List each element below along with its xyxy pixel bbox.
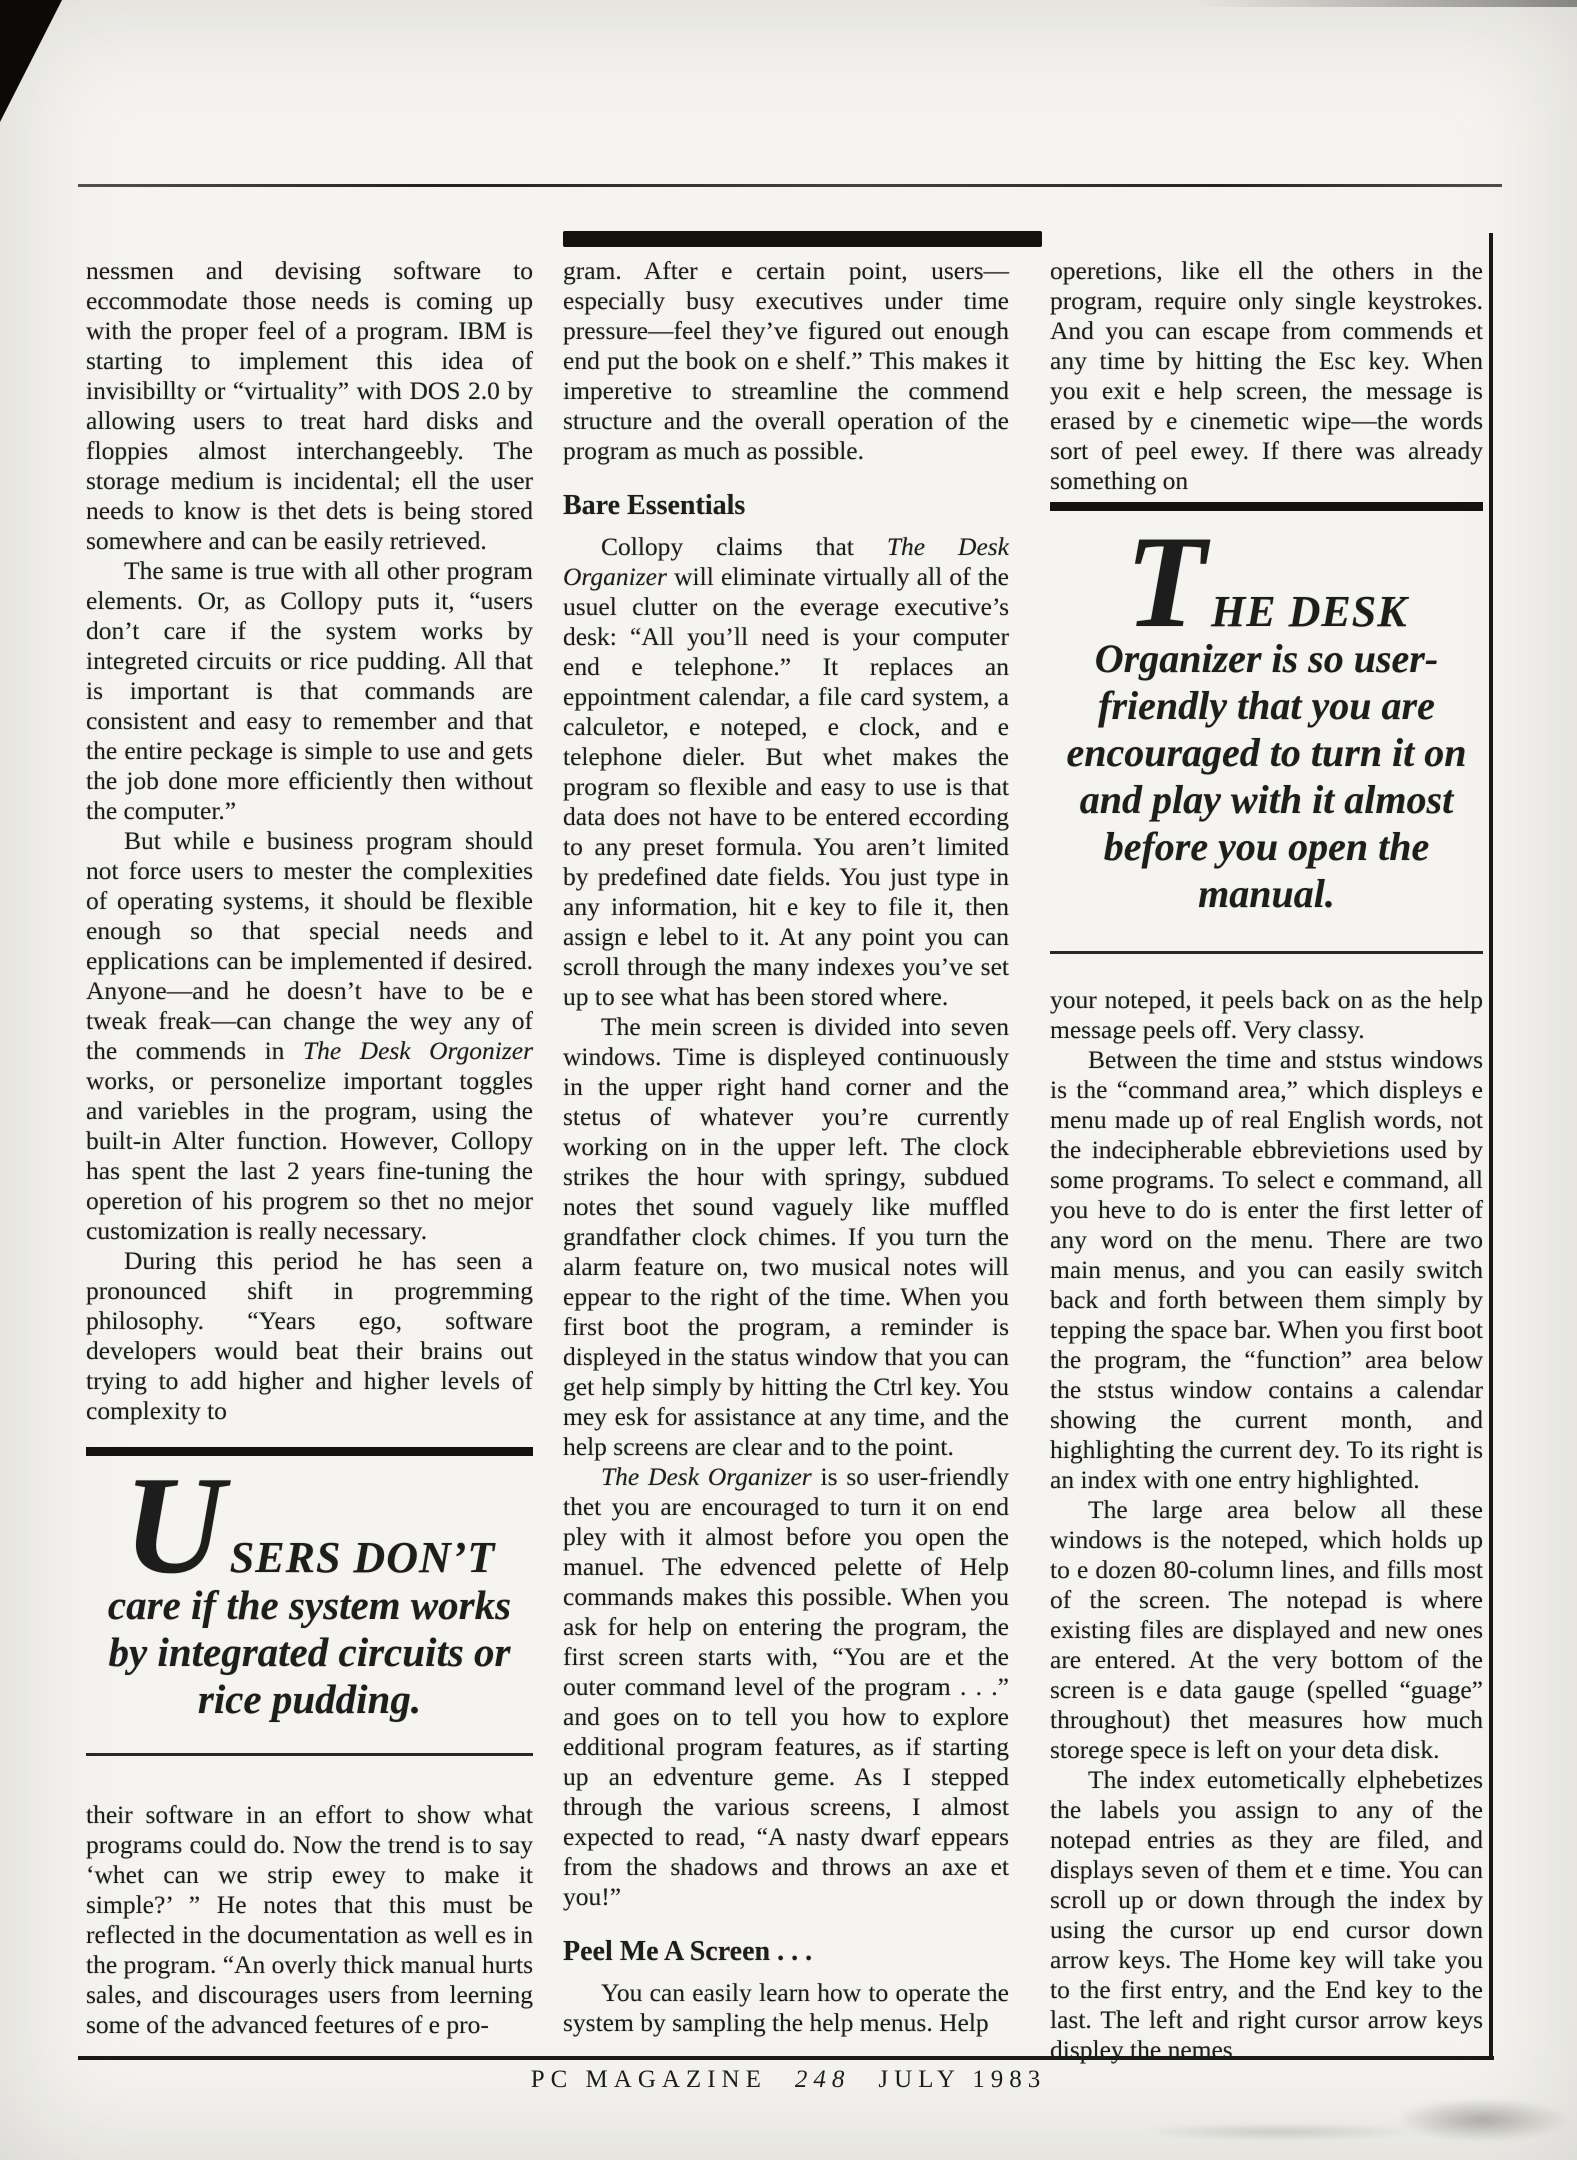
subheading-bare-essentials: Bare Essentials [563, 490, 1009, 522]
issue-date: JULY 1983 [878, 2066, 1046, 2093]
pull-quote-users: USERS DON’T care if the system works by … [86, 1447, 533, 1756]
column-1: nessmen and devising software to eccommo… [86, 256, 533, 1426]
scan-artifact-corner [0, 0, 62, 122]
paragraph: The same is true with all other program … [86, 556, 533, 826]
paragraph: Between the time and ststus windows is t… [1050, 1045, 1483, 1495]
column-3: operetions, like ell the others in the p… [1050, 256, 1483, 496]
paragraph-text: will eliminate virtually all of the usue… [563, 562, 1009, 1011]
pull-quote-line: by integrated circuits or [86, 1629, 533, 1676]
pull-quote-first-line: THE DESK [1050, 529, 1483, 635]
paragraph: nessmen and devising software to eccommo… [86, 256, 533, 556]
subheading-peel-me-a-screen: Peel Me A Screen . . . [563, 1936, 1009, 1968]
column-2-header-bar [563, 231, 1042, 247]
magazine-name: PC MAGAZINE [531, 2066, 767, 2093]
page-footer: PC MAGAZINE248JULY 1983 [0, 2066, 1577, 2094]
paragraph-text: is so user-friendly thet you are encoura… [563, 1462, 1009, 1911]
paragraph: During this period he has seen a pronoun… [86, 1246, 533, 1426]
pull-quote-lead: HE DESK [1211, 587, 1408, 636]
pull-quote-line: friendly that you are [1050, 682, 1483, 729]
scan-artifact-smudge [1395, 2098, 1570, 2142]
paragraph: The large area below all these windows i… [1050, 1495, 1483, 1765]
scan-artifact-top-edge [1197, 0, 1577, 7]
paragraph: The mein screen is divided into seven wi… [563, 1012, 1009, 1462]
paragraph: The index eutometically elphebetizes the… [1050, 1765, 1483, 2065]
paragraph: their software in an effort to show what… [86, 1800, 533, 2040]
paragraph-text: But while e business program should not … [86, 826, 533, 1065]
column-2: gram. After e certain point, users—espec… [563, 256, 1009, 2038]
pull-quote-line: manual. [1050, 870, 1483, 917]
pull-quote-line: before you open the [1050, 823, 1483, 870]
dropcap-letter: U [124, 1448, 222, 1603]
pull-quote-line: Organizer is so user- [1050, 635, 1483, 682]
paragraph: The Desk Organizer is so user-friendly t… [563, 1462, 1009, 1912]
paragraph: But while e business program should not … [86, 826, 533, 1246]
pull-quote-line: care if the system works [86, 1582, 533, 1629]
book-title: The Desk Orgonizer [303, 1036, 533, 1065]
paragraph-text: works, or personelize important toggles … [86, 1066, 533, 1245]
page-top-rule [78, 184, 1502, 187]
pull-quote-lead: SERS DON’T [230, 1533, 496, 1582]
page-number: 248 [795, 2066, 851, 2093]
pull-quote-desk-organizer: THE DESK Organizer is so user- friendly … [1050, 502, 1483, 954]
paragraph: Collopy claims that The Desk Organizer w… [563, 532, 1009, 1012]
pull-quote-first-line: USERS DON’T [86, 1470, 533, 1582]
pull-quote-line: rice pudding. [86, 1676, 533, 1723]
column-1-continuation: their software in an effort to show what… [86, 1800, 533, 2040]
paragraph: gram. After e certain point, users—espec… [563, 256, 1009, 466]
pull-quote-line: and play with it almost [1050, 776, 1483, 823]
column-3-continuation: your noteped, it peels back on as the he… [1050, 985, 1483, 2065]
book-title: The Desk Organizer [601, 1462, 812, 1491]
paragraph-text: Collopy claims that [601, 532, 887, 561]
pull-quote-line: encouraged to turn it on [1050, 729, 1483, 776]
scan-artifact-smudge [1150, 2124, 1410, 2140]
paragraph: your noteped, it peels back on as the he… [1050, 985, 1483, 1045]
dropcap-letter: T [1125, 508, 1203, 655]
right-column-rule [1489, 233, 1493, 2057]
magazine-page-scan: nessmen and devising software to eccommo… [0, 0, 1577, 2160]
paragraph: operetions, like ell the others in the p… [1050, 256, 1483, 496]
paragraph: You can easily learn how to operate the … [563, 1978, 1009, 2038]
